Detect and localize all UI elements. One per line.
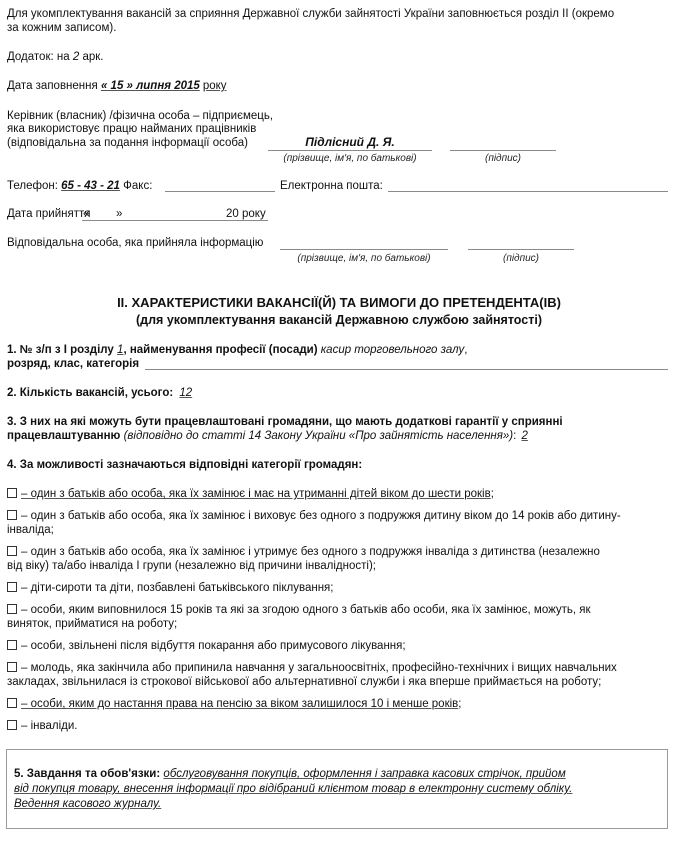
category-checkbox[interactable]: [7, 546, 17, 556]
category-checkbox[interactable]: [7, 720, 17, 730]
phone-label: Телефон:: [7, 180, 58, 192]
fill-date: Дата заповнення « 15 » липня 2015року: [7, 79, 227, 94]
q5-line-1: 5. Завдання та обов'язки: обслуговування…: [14, 767, 566, 782]
category-item: – особи, звільнені після відбуття покара…: [7, 639, 406, 654]
category-item: – особи, яким виповнилося 15 років та як…: [7, 603, 591, 618]
appendix-value[interactable]: 2: [73, 51, 79, 63]
q5-duties-2[interactable]: від покупця товару, внесення інформації …: [14, 782, 572, 797]
fax-field[interactable]: [165, 191, 275, 192]
q1-line-1: 1. № з/п з І розділу 1, найменування про…: [7, 343, 467, 358]
manager-line-2: яка використовує працю найманих працівни…: [7, 122, 256, 137]
email-label: Електронна пошта:: [280, 179, 383, 194]
q1-label-a: 1. № з/п з І розділу: [7, 344, 114, 356]
category-text-cont: закладах, звільнилася із строкової війсь…: [7, 675, 601, 690]
phone-value[interactable]: 65 - 43 - 21: [61, 180, 120, 192]
category-text: – один з батьків або особа, яка їх замін…: [21, 510, 621, 522]
q3-line-2: працевлаштуванню (відповідно до статті 1…: [7, 429, 530, 444]
responsible-label: Відповідальна особа, яка прийняла інформ…: [7, 236, 263, 251]
category-text: – молодь, яка закінчила або припинила на…: [21, 662, 617, 674]
category-text: – один з батьків або особа, яка їх замін…: [21, 546, 600, 558]
manager-name-caption: (прізвище, ім'я, по батькові): [268, 151, 432, 166]
q3-line-1: 3. З них на які можуть бути працевлаштов…: [7, 415, 563, 430]
category-checkbox[interactable]: [7, 510, 17, 520]
responsible-signature-caption: (підпис): [468, 251, 574, 266]
category-checkbox[interactable]: [7, 698, 17, 708]
manager-name-field[interactable]: Підлісний Д. Я.: [268, 135, 432, 150]
responsible-name-field[interactable]: [280, 249, 448, 250]
accept-date-field[interactable]: [82, 220, 268, 221]
category-text-cont: виняток, прийматися на роботу;: [7, 617, 177, 632]
category-text-cont: інваліда;: [7, 523, 54, 538]
category-text: – інваліди.: [21, 720, 77, 732]
q5-duties-1[interactable]: обслуговування покупців, оформлення і за…: [163, 768, 565, 780]
q1-comma: ,: [464, 344, 467, 356]
category-text: – діти-сироти та діти, позбавлені батькі…: [21, 582, 333, 594]
category-text: – особи, звільнені після відбуття покара…: [21, 640, 406, 652]
appendix: Додаток: на 2 арк.: [7, 50, 103, 65]
category-text: – особи, яким до настання права на пенсі…: [21, 698, 458, 710]
q2-value[interactable]: 12: [176, 387, 195, 399]
q3-colon: :: [513, 430, 516, 442]
category-item: – діти-сироти та діти, позбавлені батькі…: [7, 581, 333, 596]
email-field[interactable]: [388, 191, 668, 192]
category-text-cont: від віку) та/або інваліда І групи (незал…: [7, 559, 376, 574]
responsible-signature-field[interactable]: [468, 249, 574, 250]
q3-value[interactable]: 2: [520, 430, 530, 442]
q4-label: 4. За можливості зазначаються відповідні…: [7, 458, 362, 473]
category-text: – один з батьків або особа, яка їх замін…: [21, 488, 491, 500]
category-item: – один з батьків або особа, яка їх замін…: [7, 487, 494, 502]
fill-date-value[interactable]: « 15 » липня 2015: [101, 80, 200, 92]
responsible-name-caption: (прізвище, ім'я, по батькові): [280, 251, 448, 266]
category-checkbox[interactable]: [7, 604, 17, 614]
category-checkbox[interactable]: [7, 640, 17, 650]
category-checkbox[interactable]: [7, 582, 17, 592]
category-item: – один з батьків або особа, яка їх замін…: [7, 509, 621, 524]
category-item: – один з батьків або особа, яка їх замін…: [7, 545, 600, 560]
q3-label-italic: (відповідно до статті 14 Закону України …: [124, 430, 514, 442]
q1-label-c: розряд, клас, категорія: [7, 357, 139, 372]
q3-label-bold: працевлаштуванню: [7, 430, 120, 442]
q1-category-field[interactable]: [145, 369, 668, 370]
phone: Телефон: 65 - 43 - 21 Факс:: [7, 179, 152, 194]
section-subtitle: (для укомплектування вакансій Державною …: [0, 313, 678, 328]
manager-line-3: (відповідальна за подання інформації осо…: [7, 136, 248, 151]
intro-line-2: за кожним записом).: [7, 21, 116, 36]
category-checkbox[interactable]: [7, 488, 17, 498]
fill-date-label: Дата заповнення: [7, 80, 98, 92]
q1-profession[interactable]: касир торговельного залу: [321, 344, 465, 356]
category-item: – молодь, яка закінчила або припинила на…: [7, 661, 617, 676]
category-item: – інваліди.: [7, 719, 77, 734]
section-title: ІІ. ХАРАКТЕРИСТИКИ ВАКАНСІЇ(Й) ТА ВИМОГИ…: [0, 295, 678, 310]
q5-duties-3[interactable]: Ведення касового журналу.: [14, 797, 161, 812]
category-text: – особи, яким виповнилося 15 років та як…: [21, 604, 591, 616]
category-checkbox[interactable]: [7, 662, 17, 672]
manager-signature-caption: (підпис): [450, 151, 556, 166]
q5-label: 5. Завдання та обов'язки:: [14, 768, 160, 780]
q2: 2. Кількість вакансій, усього: 12: [7, 386, 195, 401]
q1-label-b: , найменування професії (посади): [123, 344, 317, 356]
category-item: – особи, яким до настання права на пенсі…: [7, 697, 461, 712]
accept-date-label: Дата прийняття: [7, 207, 90, 222]
appendix-label: Додаток: на: [7, 51, 70, 63]
appendix-suffix: арк.: [82, 51, 103, 63]
fax-label: Факс:: [123, 180, 152, 192]
q2-label: 2. Кількість вакансій, усього:: [7, 387, 173, 399]
intro-line-1: Для укомплектування вакансій за сприяння…: [7, 7, 614, 22]
fill-date-suffix: року: [203, 80, 227, 92]
